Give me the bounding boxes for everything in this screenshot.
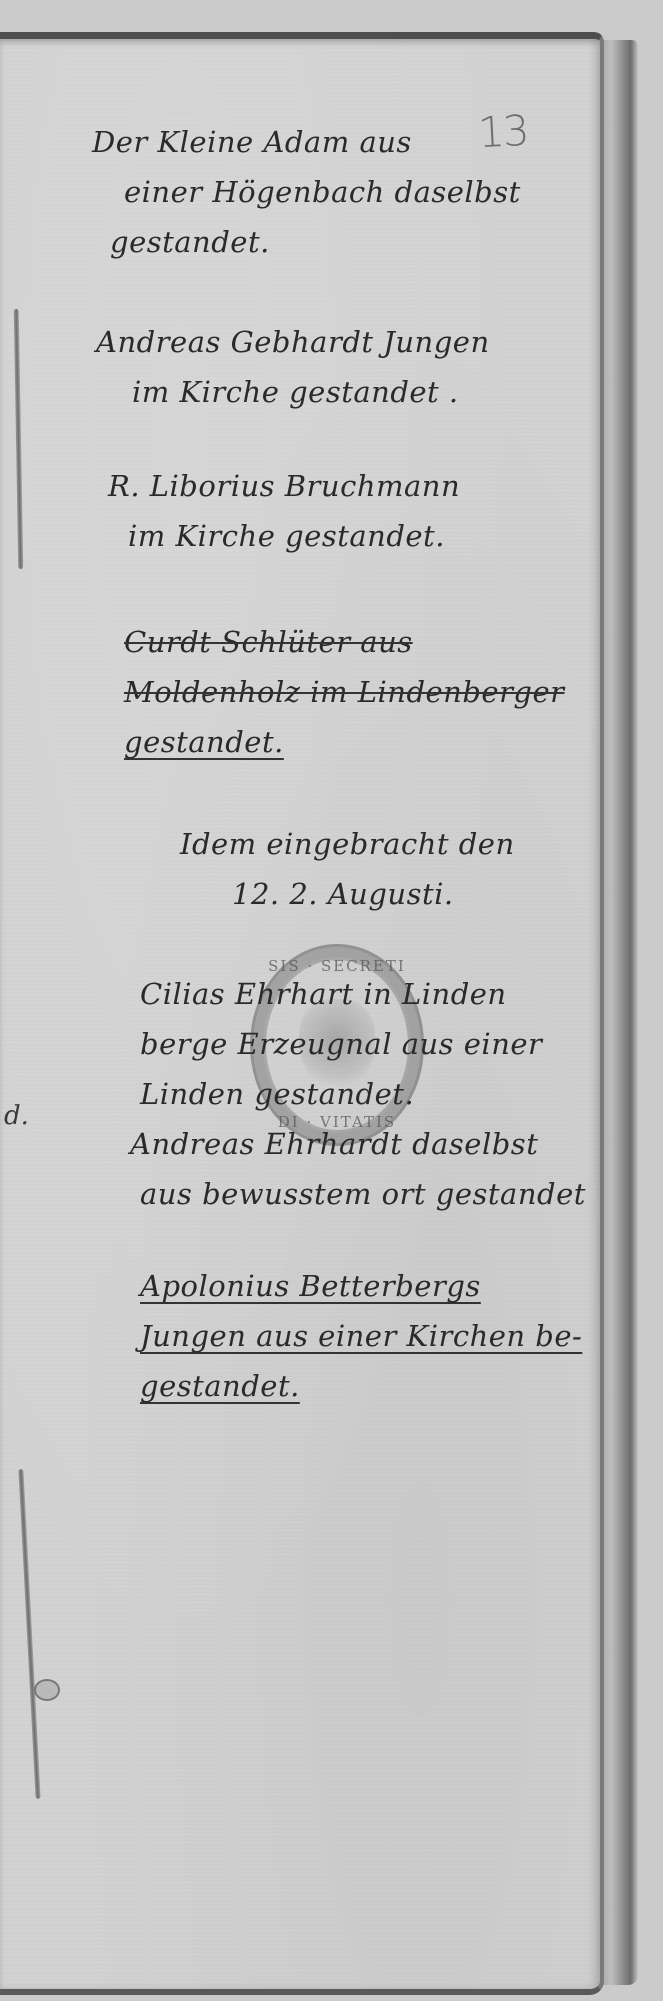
- entry-line: Apolonius Betterbergs: [140, 1261, 582, 1311]
- entry-line: berge Erzeugnal aus einer: [140, 1019, 542, 1069]
- entry-line: Curdt Schlüter aus: [124, 617, 565, 667]
- entry-line: Idem eingebracht den: [180, 819, 515, 869]
- manuscript-scan: 13 Der Kleine Adam aus einer Högenbach d…: [0, 0, 663, 2001]
- entry-line: Linden gestandet.: [140, 1069, 542, 1119]
- margin-mark: d.: [4, 1101, 29, 1131]
- binding-knot: [34, 1679, 60, 1701]
- entry-line: 12. 2. Augusti.: [180, 869, 515, 919]
- entry-6: Cilias Ehrhart in Linden berge Erzeugnal…: [140, 969, 542, 1119]
- entry-line: Moldenholz im Lindenberger: [124, 667, 565, 717]
- entry-line: Cilias Ehrhart in Linden: [140, 969, 542, 1019]
- entry-5-date-heading: Idem eingebracht den 12. 2. Augusti.: [180, 819, 515, 919]
- entry-line: gestandet.: [92, 217, 521, 267]
- entry-1: Der Kleine Adam aus einer Högenbach dase…: [92, 117, 521, 267]
- entry-line: Jungen aus einer Kirchen be-: [140, 1311, 582, 1361]
- entry-line: aus bewusstem ort gestandet: [130, 1169, 586, 1219]
- entry-line: Andreas Ehrhardt daselbst: [130, 1119, 586, 1169]
- entry-8-underlined: Apolonius Betterbergs Jungen aus einer K…: [140, 1261, 582, 1411]
- entry-line: Andreas Gebhardt Jungen: [96, 317, 490, 367]
- entry-line: Der Kleine Adam aus: [92, 117, 521, 167]
- binding-thread-bottom: [18, 1469, 40, 1799]
- entry-4-struck: Curdt Schlüter aus Moldenholz im Lindenb…: [124, 617, 565, 767]
- entry-line: gestandet.: [140, 1361, 582, 1411]
- entry-line: im Kirche gestandet.: [108, 511, 460, 561]
- entry-7: Andreas Ehrhardt daselbst aus bewusstem …: [130, 1119, 586, 1219]
- entry-2: Andreas Gebhardt Jungen im Kirche gestan…: [96, 317, 490, 417]
- entry-line: einer Högenbach daselbst: [92, 167, 521, 217]
- entry-line: R. Liborius Bruchmann: [108, 461, 460, 511]
- binding-thread-top: [14, 309, 24, 569]
- entry-line: im Kirche gestandet .: [96, 367, 490, 417]
- manuscript-page: 13 Der Kleine Adam aus einer Högenbach d…: [0, 32, 604, 1995]
- entry-line: gestandet.: [124, 717, 565, 767]
- entry-3: R. Liborius Bruchmann im Kirche gestande…: [108, 461, 460, 561]
